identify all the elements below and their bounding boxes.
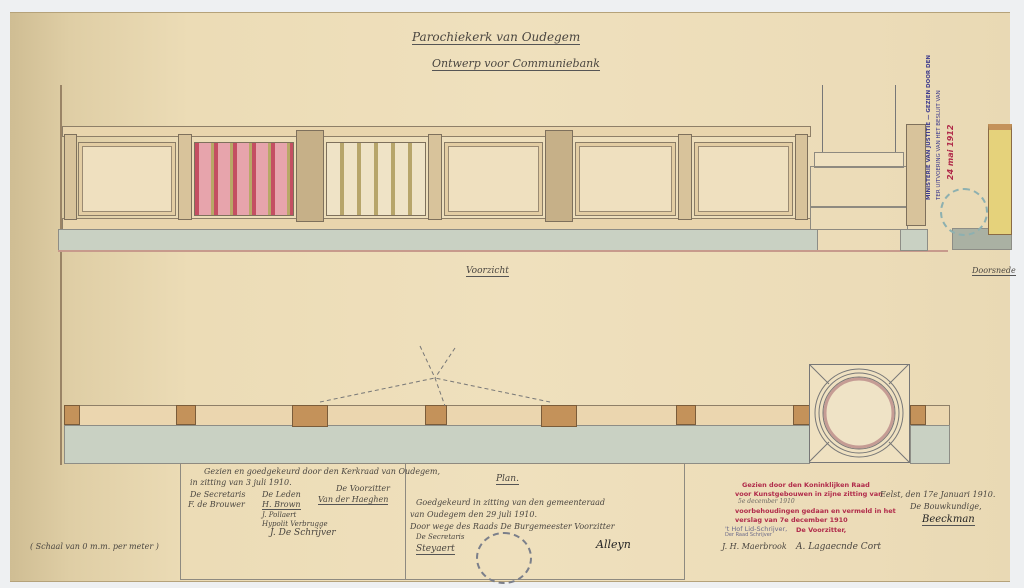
architect-role: De Bouwkundige,: [910, 502, 982, 511]
plain-panel: [444, 142, 543, 216]
council-approval-line1: Gezien en goedgekeurd door den Kerkraad …: [204, 467, 440, 476]
council-member-4: J. De Schrijver: [270, 528, 336, 538]
pier-plan: [809, 364, 911, 464]
elevation-label: Voorzicht: [466, 266, 509, 277]
architect-signature: Beeckman: [922, 514, 975, 526]
plan-heading: Plan.: [496, 474, 519, 485]
gate-swing-lines: [300, 340, 560, 410]
council-secretary-name: F. de Brouwer: [188, 500, 245, 509]
municipal-line3: Door wege des Raads De Burgemeester Voor…: [410, 522, 615, 531]
section-post: [906, 124, 926, 226]
plain-panel: [575, 142, 676, 216]
royal-line2: voor Kunstgebouwen in zijne zitting van: [735, 490, 883, 498]
royal-chair-role: De Voorzitter,: [796, 526, 846, 534]
plan-base: [64, 425, 810, 464]
municipal-line1: Goedgekeurd in zitting van den gemeenter…: [416, 498, 605, 507]
pier-pedestal: [810, 166, 908, 208]
plan-post: [910, 405, 926, 425]
council-members-role: De Leden: [262, 490, 301, 499]
council-chair-name: Van der Haeghen: [318, 495, 388, 505]
floor-line: [58, 250, 948, 252]
ministry-stamp: MINISTERIE VAN JUSTITIE — GEZIEN DOOR DE…: [926, 40, 932, 200]
royal-secretary-signature: J. H. Maerbrook: [722, 542, 787, 551]
post: [678, 134, 692, 220]
royal-line4: voorbehoudingen gedaan en vermeld in het: [735, 507, 896, 515]
post: [428, 134, 442, 220]
municipal-line2: van Oudegem den 29 juli 1910.: [410, 510, 537, 519]
plan-base-right: [910, 425, 950, 464]
ministry-stamp-line2: TER UITVOERING VAN HET BESLUIT VAN: [936, 40, 942, 200]
royal-chair-signature: A. Lagaecnde Cort: [796, 542, 881, 552]
post: [178, 134, 192, 220]
plain-panel: [78, 142, 176, 216]
council-chair-role: De Voorzitter: [336, 484, 390, 493]
plan-post: [176, 405, 196, 425]
municipal-secretary-signature: Steyaert: [416, 544, 455, 555]
architect-place-date: Eelst, den 17e Januari 1910.: [880, 490, 995, 499]
section-label: Doorsnede: [972, 266, 1016, 276]
royal-secretary-sub: Der Raad Schrijver: [725, 532, 772, 538]
drawing-title: Parochiekerk van Oudegem: [412, 30, 580, 45]
open-gothic-arcade-panel: [326, 142, 426, 216]
plain-panel: [694, 142, 793, 216]
drawing-subtitle: Ontwerp voor Communiebank: [432, 57, 600, 71]
post: [64, 134, 77, 220]
royal-line1: Gezien door den Koninklijken Raad: [742, 481, 870, 489]
council-member-3: Hypolit Verbrugge: [262, 520, 328, 528]
council-secretary-role: De Secretaris: [190, 490, 245, 499]
left-margin-line: [60, 85, 62, 465]
council-approval-line2: in zitting van 3 juli 1910.: [190, 478, 292, 487]
mayor-signature: Alleyn: [596, 538, 631, 551]
scale-note: ( Schaal van 0 m.m. per meter ): [30, 542, 159, 551]
pier-shaft: [822, 85, 896, 153]
pier-plinth: [810, 206, 908, 230]
elevation-base-step: [58, 229, 818, 251]
plan-post: [64, 405, 80, 425]
post: [795, 134, 808, 220]
plan-post: [676, 405, 696, 425]
municipal-seal: [476, 532, 532, 584]
ornamental-post: [545, 130, 573, 222]
royal-line3: 5e december 1910: [738, 498, 795, 505]
pink-gothic-arcade-panel: [194, 142, 294, 216]
council-member-1: H. Brown: [262, 500, 301, 510]
council-member-2: J. Pollaert: [262, 511, 296, 519]
royal-line5: verslag van 7e december 1910: [735, 516, 848, 524]
section-base: [900, 229, 928, 251]
municipal-secretary-role: De Secretaris: [416, 533, 465, 541]
section-profile: [988, 124, 1012, 235]
faded-seal: [940, 188, 988, 236]
ministry-stamp-date: 24 mai 1912: [946, 100, 955, 180]
ornamental-post: [296, 130, 324, 222]
